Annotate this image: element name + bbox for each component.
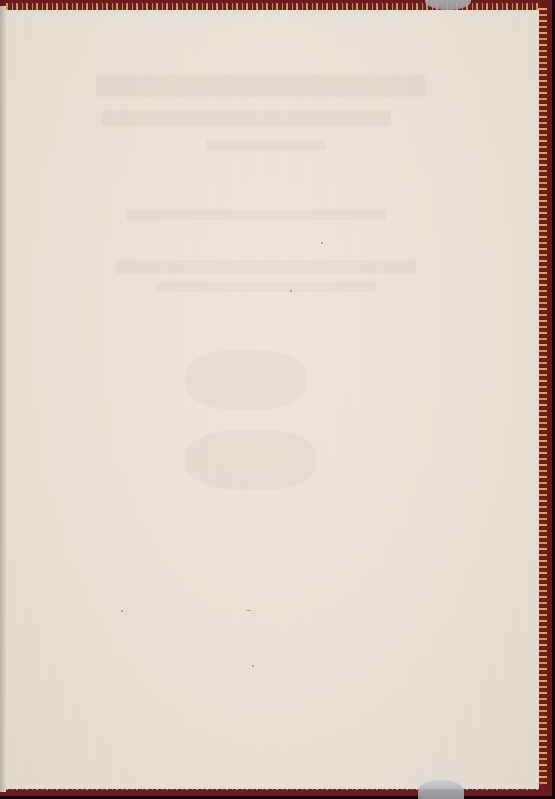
show-through-line bbox=[116, 260, 416, 274]
paper-speck bbox=[246, 610, 251, 611]
page-clip-bottom bbox=[418, 780, 464, 799]
gilt-border-right bbox=[538, 8, 547, 786]
show-through-line bbox=[126, 210, 386, 220]
show-through-emblem bbox=[186, 350, 306, 410]
show-through-line bbox=[156, 282, 376, 292]
paper-speck bbox=[121, 610, 123, 612]
show-through-line bbox=[101, 110, 391, 126]
show-through-line bbox=[96, 75, 426, 97]
show-through-emblem bbox=[186, 430, 316, 490]
paper-speck bbox=[252, 665, 254, 667]
paper-speck bbox=[290, 290, 292, 292]
leather-board bbox=[0, 0, 552, 796]
show-through-line bbox=[206, 140, 326, 150]
blank-endpaper bbox=[6, 10, 539, 789]
paper-speck bbox=[321, 242, 323, 244]
photo-background bbox=[0, 0, 555, 799]
